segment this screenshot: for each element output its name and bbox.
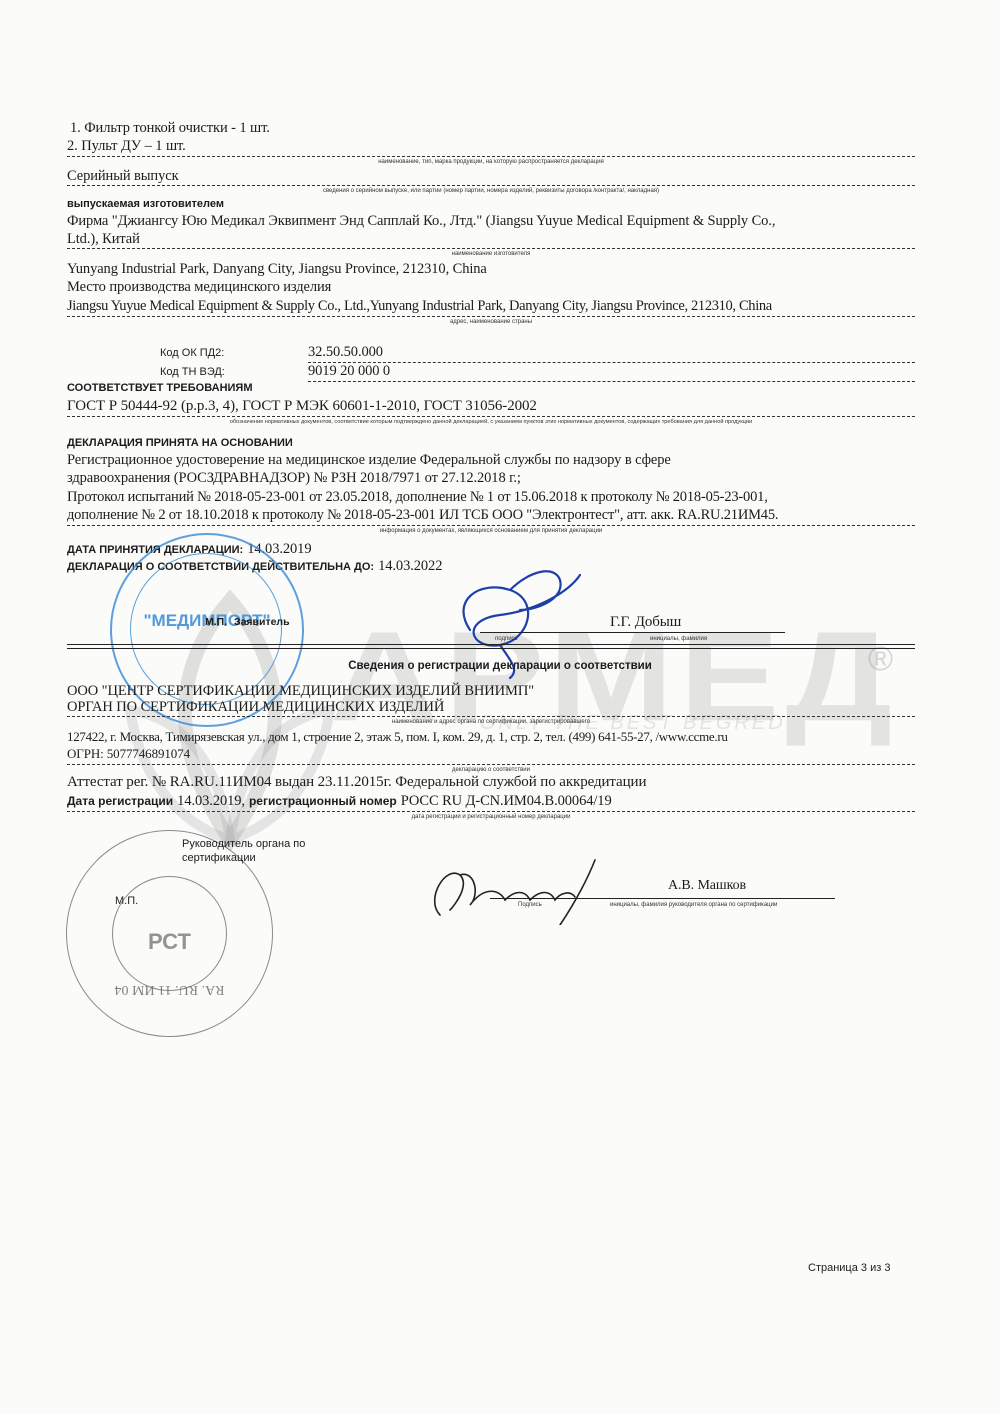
basis-line-1: Регистрационное удостоверение на медицин… — [67, 452, 671, 469]
section-separator — [67, 644, 915, 645]
manufacturer-line-2: Ltd.), Китай — [67, 231, 140, 248]
registered-mark: ® — [868, 640, 893, 678]
registration-ogrn-caption: декларацию о соответствии — [67, 767, 915, 773]
basis-heading: ДЕКЛАРАЦИЯ ПРИНЯТА НА ОСНОВАНИИ — [67, 437, 293, 449]
head-name: А.В. Машков — [668, 878, 746, 894]
divider — [67, 416, 915, 417]
registration-address: 127422, г. Москва, Тимирязевская ул., до… — [67, 729, 728, 745]
requirements-heading: СООТВЕТСТВУЕТ ТРЕБОВАНИЯМ — [67, 382, 253, 394]
code-tnved-value: 9019 20 000 0 — [308, 363, 390, 380]
registration-caption: дата регистрации и регистрационный номер… — [67, 814, 915, 820]
registration-date-row: Дата регистрации 14.03.2019, регистрацио… — [67, 792, 612, 810]
divider — [67, 316, 915, 317]
valid-date-value: 14.03.2022 — [378, 558, 442, 574]
divider — [308, 381, 915, 382]
divider — [67, 185, 915, 186]
serial-caption: сведения о серийном выпуске, или партии … — [67, 188, 915, 194]
head-signature — [420, 845, 630, 925]
registration-number-label: регистрационный номер — [249, 794, 397, 808]
basis-line-3: Протокол испытаний № 2018-05-23-001 от 2… — [67, 489, 768, 506]
divider — [67, 525, 915, 526]
certification-body-stamp-code: RA. RU. 11 ИМ 04 — [67, 981, 272, 997]
registration-date-value: 14.03.2019, — [177, 793, 245, 809]
registration-attestat: Аттестат рег. № RA.RU.11ИМ04 выдан 23.11… — [67, 774, 646, 791]
serial-value: Серийный выпуск — [67, 168, 179, 185]
divider — [308, 362, 915, 363]
head-mp: М.П. — [115, 895, 138, 907]
applicant-name: Г.Г. Добыш — [610, 614, 681, 631]
divider — [67, 811, 915, 812]
product-caption: наименование, тип, марка продукции, на к… — [67, 159, 915, 165]
page-number: Страница 3 из 3 — [808, 1262, 890, 1274]
code-tnved-label: Код ТН ВЭД: — [160, 366, 225, 378]
code-okpd2-value: 32.50.50.000 — [308, 344, 383, 361]
basis-line-4: дополнение № 2 от 18.10.2018 к протоколу… — [67, 507, 778, 524]
manufacturer-address: Yunyang Industrial Park, Danyang City, J… — [67, 261, 487, 278]
registration-org-caption: наименование и адрес органа по сертифика… — [67, 719, 915, 725]
signature-line — [480, 632, 785, 633]
head-label-line-2: сертификации — [182, 852, 256, 864]
product-line-2: 2. Пульт ДУ – 1 шт. — [67, 138, 186, 155]
signature-line — [490, 898, 835, 899]
requirements-caption: обозначение нормативных документов, соот… — [67, 419, 915, 425]
head-sign-caption: Подпись — [518, 902, 542, 908]
manufacturer-line-1: Фирма "Джиангсу Юю Медикал Эквипмент Энд… — [67, 213, 775, 230]
head-label-line-1: Руководитель органа по — [182, 838, 305, 850]
divider — [67, 156, 915, 157]
divider — [67, 764, 915, 765]
applicant-label: Заявитель — [234, 616, 290, 628]
manufacturer-caption: наименование изготовителя — [67, 251, 915, 257]
manufacturer-heading: выпускаемая изготовителем — [67, 198, 224, 210]
registration-org-line-1: ООО "ЦЕНТР СЕРТИФИКАЦИИ МЕДИЦИНСКИХ ИЗДЕ… — [67, 683, 534, 700]
registration-date-label: Дата регистрации — [67, 794, 173, 808]
product-line-1: 1. Фильтр тонкой очистки - 1 шт. — [70, 120, 270, 137]
production-label: Место производства медицинского изделия — [67, 279, 331, 296]
rst-logo-icon: РСТ — [67, 929, 272, 955]
section-separator — [67, 648, 915, 649]
applicant-sign-caption: подпись — [495, 636, 518, 642]
head-name-caption: инициалы, фамилия руководителя органа по… — [610, 902, 777, 908]
production-caption: адрес, наименование страны — [67, 319, 915, 325]
registration-heading: Сведения о регистрации декларации о соот… — [0, 660, 1000, 672]
applicant-mp: М.П. — [205, 616, 227, 628]
registration-ogrn: ОГРН: 5077746891074 — [67, 746, 190, 762]
requirements-value: ГОСТ Р 50444-92 (р.р.3, 4), ГОСТ Р МЭК 6… — [67, 398, 537, 415]
registration-org-line-2: ОРГАН ПО СЕРТИФИКАЦИИ МЕДИЦИНСКИХ ИЗДЕЛИ… — [67, 699, 444, 716]
basis-line-2: здравоохранения (РОСЗДРАВНАДЗОР) № РЗН 2… — [67, 470, 521, 487]
applicant-name-caption: инициалы, фамилия — [650, 636, 707, 642]
code-okpd2-label: Код ОК ПД2: — [160, 347, 224, 359]
registration-number-value: РОСС RU Д-CN.ИМ04.В.00064/19 — [401, 793, 612, 809]
production-value: Jiangsu Yuyue Medical Equipment & Supply… — [67, 298, 772, 315]
divider — [67, 716, 915, 717]
divider — [67, 248, 915, 249]
